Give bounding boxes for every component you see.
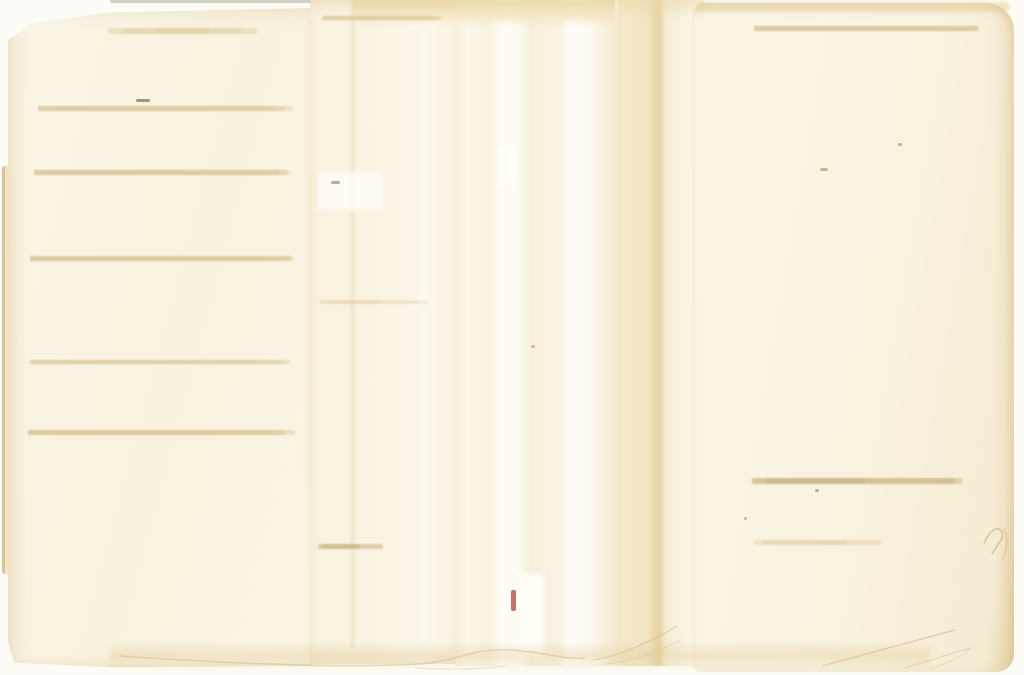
ink-speck-1 [331, 181, 340, 184]
ink-speck-3 [820, 168, 828, 171]
bottom-shadow-band [110, 642, 930, 672]
ink-speck-4 [815, 489, 819, 492]
pencil-scribble [978, 510, 1018, 562]
ink-speck-5 [744, 517, 747, 520]
scanned-document [0, 0, 1024, 675]
marks-layer [0, 0, 1024, 675]
ink-speck-2 [898, 143, 902, 146]
red-wax-mark [511, 590, 516, 611]
ink-speck-6 [531, 345, 535, 348]
heading-dash-mark [136, 99, 150, 102]
